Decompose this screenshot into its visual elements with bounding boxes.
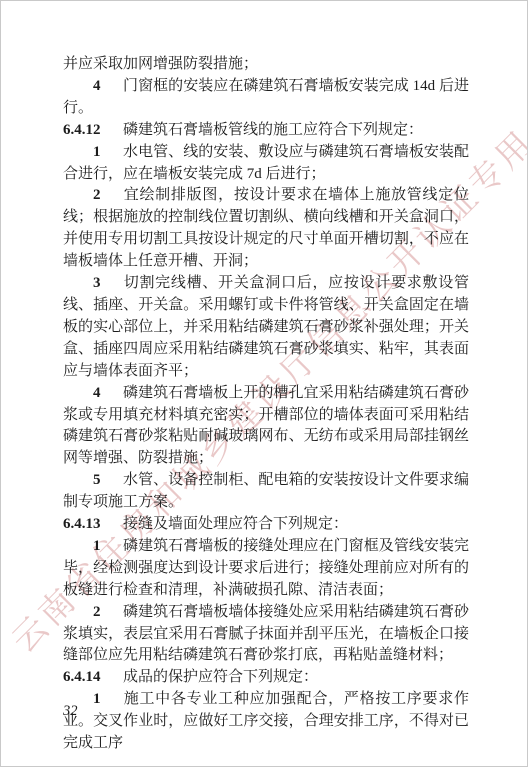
clause-number: 6.4.14 bbox=[63, 667, 123, 689]
clause-text: 切割完线槽、开关盒洞口后，应按设计要求敷设管线、插座、开关盒。采用螺钉或卡件将管… bbox=[63, 275, 469, 379]
clause-number: 1 bbox=[93, 536, 123, 558]
clause-text: 磷建筑石膏墙板上开的槽孔宜采用粘结磷建筑石膏砂浆或专用填充材料填充密实；开槽部位… bbox=[63, 385, 469, 467]
clause-text: 施工中各专业工种应加强配合，严格按工序要求作业。交叉作业时，应做好工序交接，合理… bbox=[63, 691, 469, 751]
clause-number: 5 bbox=[93, 470, 123, 492]
section-heading: 6.4.12磷建筑石膏墙板管线的施工应符合下列规定： bbox=[63, 120, 469, 142]
paragraph: 1磷建筑石膏墙板的接缝处理应在门窗框及管线安装完毕，经检测强度达到设计要求后进行… bbox=[63, 536, 469, 602]
clause-text: 并应采取加网增强防裂措施； bbox=[63, 56, 258, 72]
paragraph: 并应采取加网增强防裂措施； bbox=[63, 54, 469, 76]
page-number: 32 bbox=[63, 703, 78, 720]
clause-text: 水管、设备控制柜、配电箱的安装按设计文件要求编制专项施工方案。 bbox=[63, 472, 469, 510]
paragraph: 5水管、设备控制柜、配电箱的安装按设计文件要求编制专项施工方案。 bbox=[63, 470, 469, 514]
paragraph: 3切割完线槽、开关盒洞口后，应按设计要求敷设管线、插座、开关盒。采用螺钉或卡件将… bbox=[63, 273, 469, 383]
clause-text: 磷建筑石膏墙板墙体接缝处应采用粘结磷建筑石膏砂浆填实，表层宜采用石膏腻子抹面并刮… bbox=[63, 604, 469, 664]
clause-text: 磷建筑石膏墙板管线的施工应符合下列规定： bbox=[123, 122, 423, 138]
clause-text: 成品的保护应符合下列规定： bbox=[123, 669, 318, 685]
document-page: 云南省住房和城乡建设厅信息公开认证专用 并应采取加网增强防裂措施；4门窗框的安装… bbox=[0, 0, 528, 767]
clause-text: 门窗框的安装应在磷建筑石膏墙板安装完成 14d 后进行。 bbox=[63, 78, 469, 116]
paragraph: 4门窗框的安装应在磷建筑石膏墙板安装完成 14d 后进行。 bbox=[63, 76, 469, 120]
clause-number: 3 bbox=[93, 273, 123, 295]
clause-text: 水电管、线的安装、敷设应与磷建筑石膏墙板安装配合进行，应在墙板安装完成 7d 后… bbox=[63, 144, 469, 182]
paragraph: 2宜绘制排版图，按设计要求在墙体上施放管线定位线；根据施放的控制线位置切割纵、横… bbox=[63, 185, 469, 273]
paragraph: 1水电管、线的安装、敷设应与磷建筑石膏墙板安装配合进行，应在墙板安装完成 7d … bbox=[63, 142, 469, 186]
clause-text: 磷建筑石膏墙板的接缝处理应在门窗框及管线安装完毕，经检测强度达到设计要求后进行；… bbox=[63, 538, 469, 598]
clause-text: 接缝及墙面处理应符合下列规定： bbox=[123, 516, 348, 532]
paragraph: 2磷建筑石膏墙板墙体接缝处应采用粘结磷建筑石膏砂浆填实，表层宜采用石膏腻子抹面并… bbox=[63, 602, 469, 668]
clause-number: 4 bbox=[93, 383, 123, 405]
clause-number: 6.4.12 bbox=[63, 120, 123, 142]
document-body: 并应采取加网增强防裂措施；4门窗框的安装应在磷建筑石膏墙板安装完成 14d 后进… bbox=[63, 54, 469, 755]
clause-number: 2 bbox=[93, 185, 123, 207]
clause-text: 宜绘制排版图，按设计要求在墙体上施放管线定位线；根据施放的控制线位置切割纵、横向… bbox=[63, 187, 469, 269]
paragraph: 4磷建筑石膏墙板上开的槽孔宜采用粘结磷建筑石膏砂浆或专用填充材料填充密实；开槽部… bbox=[63, 383, 469, 471]
section-heading: 6.4.13接缝及墙面处理应符合下列规定： bbox=[63, 514, 469, 536]
clause-number: 4 bbox=[93, 76, 123, 98]
paragraph: 1施工中各专业工种应加强配合，严格按工序要求作业。交叉作业时，应做好工序交接，合… bbox=[63, 689, 469, 755]
clause-number: 6.4.13 bbox=[63, 514, 123, 536]
clause-number: 1 bbox=[93, 689, 123, 711]
clause-number: 1 bbox=[93, 142, 123, 164]
clause-number: 2 bbox=[93, 602, 123, 624]
section-heading: 6.4.14成品的保护应符合下列规定： bbox=[63, 667, 469, 689]
